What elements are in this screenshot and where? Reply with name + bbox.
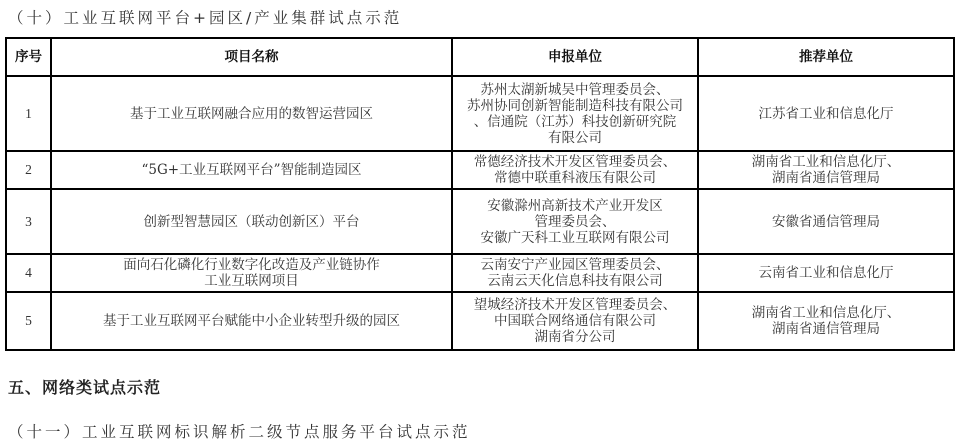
section-heading-identifier-resolution: （十一）工业互联网标识解析二级节点服务平台试点示范: [8, 420, 471, 442]
header-applicant: 申报单位: [452, 38, 698, 76]
project-name-line: 工业互联网项目: [54, 273, 449, 289]
row-index: 2: [6, 151, 51, 189]
recommender-cell: 安徽省通信管理局: [698, 189, 954, 254]
row-index: 5: [6, 292, 51, 350]
project-name-cell: 面向石化磷化行业数字化改造及产业链协作 工业互联网项目: [51, 254, 452, 292]
project-name-line: 面向石化磷化行业数字化改造及产业链协作: [54, 257, 449, 273]
applicant-line: 安徽滁州高新技术产业开发区: [455, 198, 695, 214]
recommender-line: 湖南省通信管理局: [701, 170, 951, 186]
table-row: 4 面向石化磷化行业数字化改造及产业链协作 工业互联网项目 云南安宁产业园区管理…: [6, 254, 954, 292]
applicant-cell: 云南安宁产业园区管理委员会、 云南云天化信息科技有限公司: [452, 254, 698, 292]
applicant-line: 云南安宁产业园区管理委员会、: [455, 257, 695, 273]
recommender-cell: 湖南省工业和信息化厅、 湖南省通信管理局: [698, 292, 954, 350]
applicant-line: 常德中联重科液压有限公司: [455, 170, 695, 186]
applicant-line: 湖南省分公司: [455, 329, 695, 345]
section-heading-platform-park: （十）工业互联网平台+园区/产业集群试点示范: [8, 6, 402, 28]
project-name-cell: 创新型智慧园区（联动创新区）平台: [51, 189, 452, 254]
pilot-projects-table: 序号 项目名称 申报单位 推荐单位 1 基于工业互联网融合应用的数智运营园区 苏…: [5, 37, 955, 351]
applicant-line: 中国联合网络通信有限公司: [455, 313, 695, 329]
applicant-line: 苏州协同创新智能制造科技有限公司: [455, 98, 695, 114]
section-heading-network: 五、网络类试点示范: [8, 375, 161, 398]
recommender-line: 湖南省通信管理局: [701, 321, 951, 337]
applicant-line: 望城经济技术开发区管理委员会、: [455, 297, 695, 313]
project-name-line: 基于工业互联网融合应用的数智运营园区: [54, 106, 449, 122]
applicant-line: 安徽广天科工业互联网有限公司: [455, 230, 695, 246]
table-row: 3 创新型智慧园区（联动创新区）平台 安徽滁州高新技术产业开发区 管理委员会、 …: [6, 189, 954, 254]
applicant-cell: 苏州太湖新城吴中管理委员会、 苏州协同创新智能制造科技有限公司 、信通院（江苏）…: [452, 76, 698, 151]
applicant-cell: 安徽滁州高新技术产业开发区 管理委员会、 安徽广天科工业互联网有限公司: [452, 189, 698, 254]
project-name-cell: 基于工业互联网平台赋能中小企业转型升级的园区: [51, 292, 452, 350]
table-header-row: 序号 项目名称 申报单位 推荐单位: [6, 38, 954, 76]
recommender-line: 湖南省工业和信息化厅、: [701, 154, 951, 170]
applicant-line: 苏州太湖新城吴中管理委员会、: [455, 82, 695, 98]
row-index: 1: [6, 76, 51, 151]
applicant-line: 、信通院（江苏）科技创新研究院: [455, 114, 695, 130]
recommender-line: 湖南省工业和信息化厅、: [701, 305, 951, 321]
table-row: 1 基于工业互联网融合应用的数智运营园区 苏州太湖新城吴中管理委员会、 苏州协同…: [6, 76, 954, 151]
project-name-line: 基于工业互联网平台赋能中小企业转型升级的园区: [54, 313, 449, 329]
project-name-cell: 基于工业互联网融合应用的数智运营园区: [51, 76, 452, 151]
recommender-line: 云南省工业和信息化厅: [701, 265, 951, 281]
applicant-cell: 常德经济技术开发区管理委员会、 常德中联重科液压有限公司: [452, 151, 698, 189]
project-name-line: “5G+工业互联网平台”智能制造园区: [54, 162, 449, 178]
recommender-line: 江苏省工业和信息化厅: [701, 106, 951, 122]
applicant-line: 云南云天化信息科技有限公司: [455, 273, 695, 289]
header-project-name: 项目名称: [51, 38, 452, 76]
project-name-cell: “5G+工业互联网平台”智能制造园区: [51, 151, 452, 189]
table-row: 2 “5G+工业互联网平台”智能制造园区 常德经济技术开发区管理委员会、 常德中…: [6, 151, 954, 189]
recommender-line: 安徽省通信管理局: [701, 214, 951, 230]
applicant-line: 管理委员会、: [455, 214, 695, 230]
project-name-line: 创新型智慧园区（联动创新区）平台: [54, 214, 449, 230]
header-index: 序号: [6, 38, 51, 76]
applicant-line: 有限公司: [455, 130, 695, 146]
row-index: 3: [6, 189, 51, 254]
recommender-cell: 湖南省工业和信息化厅、 湖南省通信管理局: [698, 151, 954, 189]
header-recommender: 推荐单位: [698, 38, 954, 76]
recommender-cell: 江苏省工业和信息化厅: [698, 76, 954, 151]
table-row: 5 基于工业互联网平台赋能中小企业转型升级的园区 望城经济技术开发区管理委员会、…: [6, 292, 954, 350]
applicant-cell: 望城经济技术开发区管理委员会、 中国联合网络通信有限公司 湖南省分公司: [452, 292, 698, 350]
applicant-line: 常德经济技术开发区管理委员会、: [455, 154, 695, 170]
row-index: 4: [6, 254, 51, 292]
recommender-cell: 云南省工业和信息化厅: [698, 254, 954, 292]
